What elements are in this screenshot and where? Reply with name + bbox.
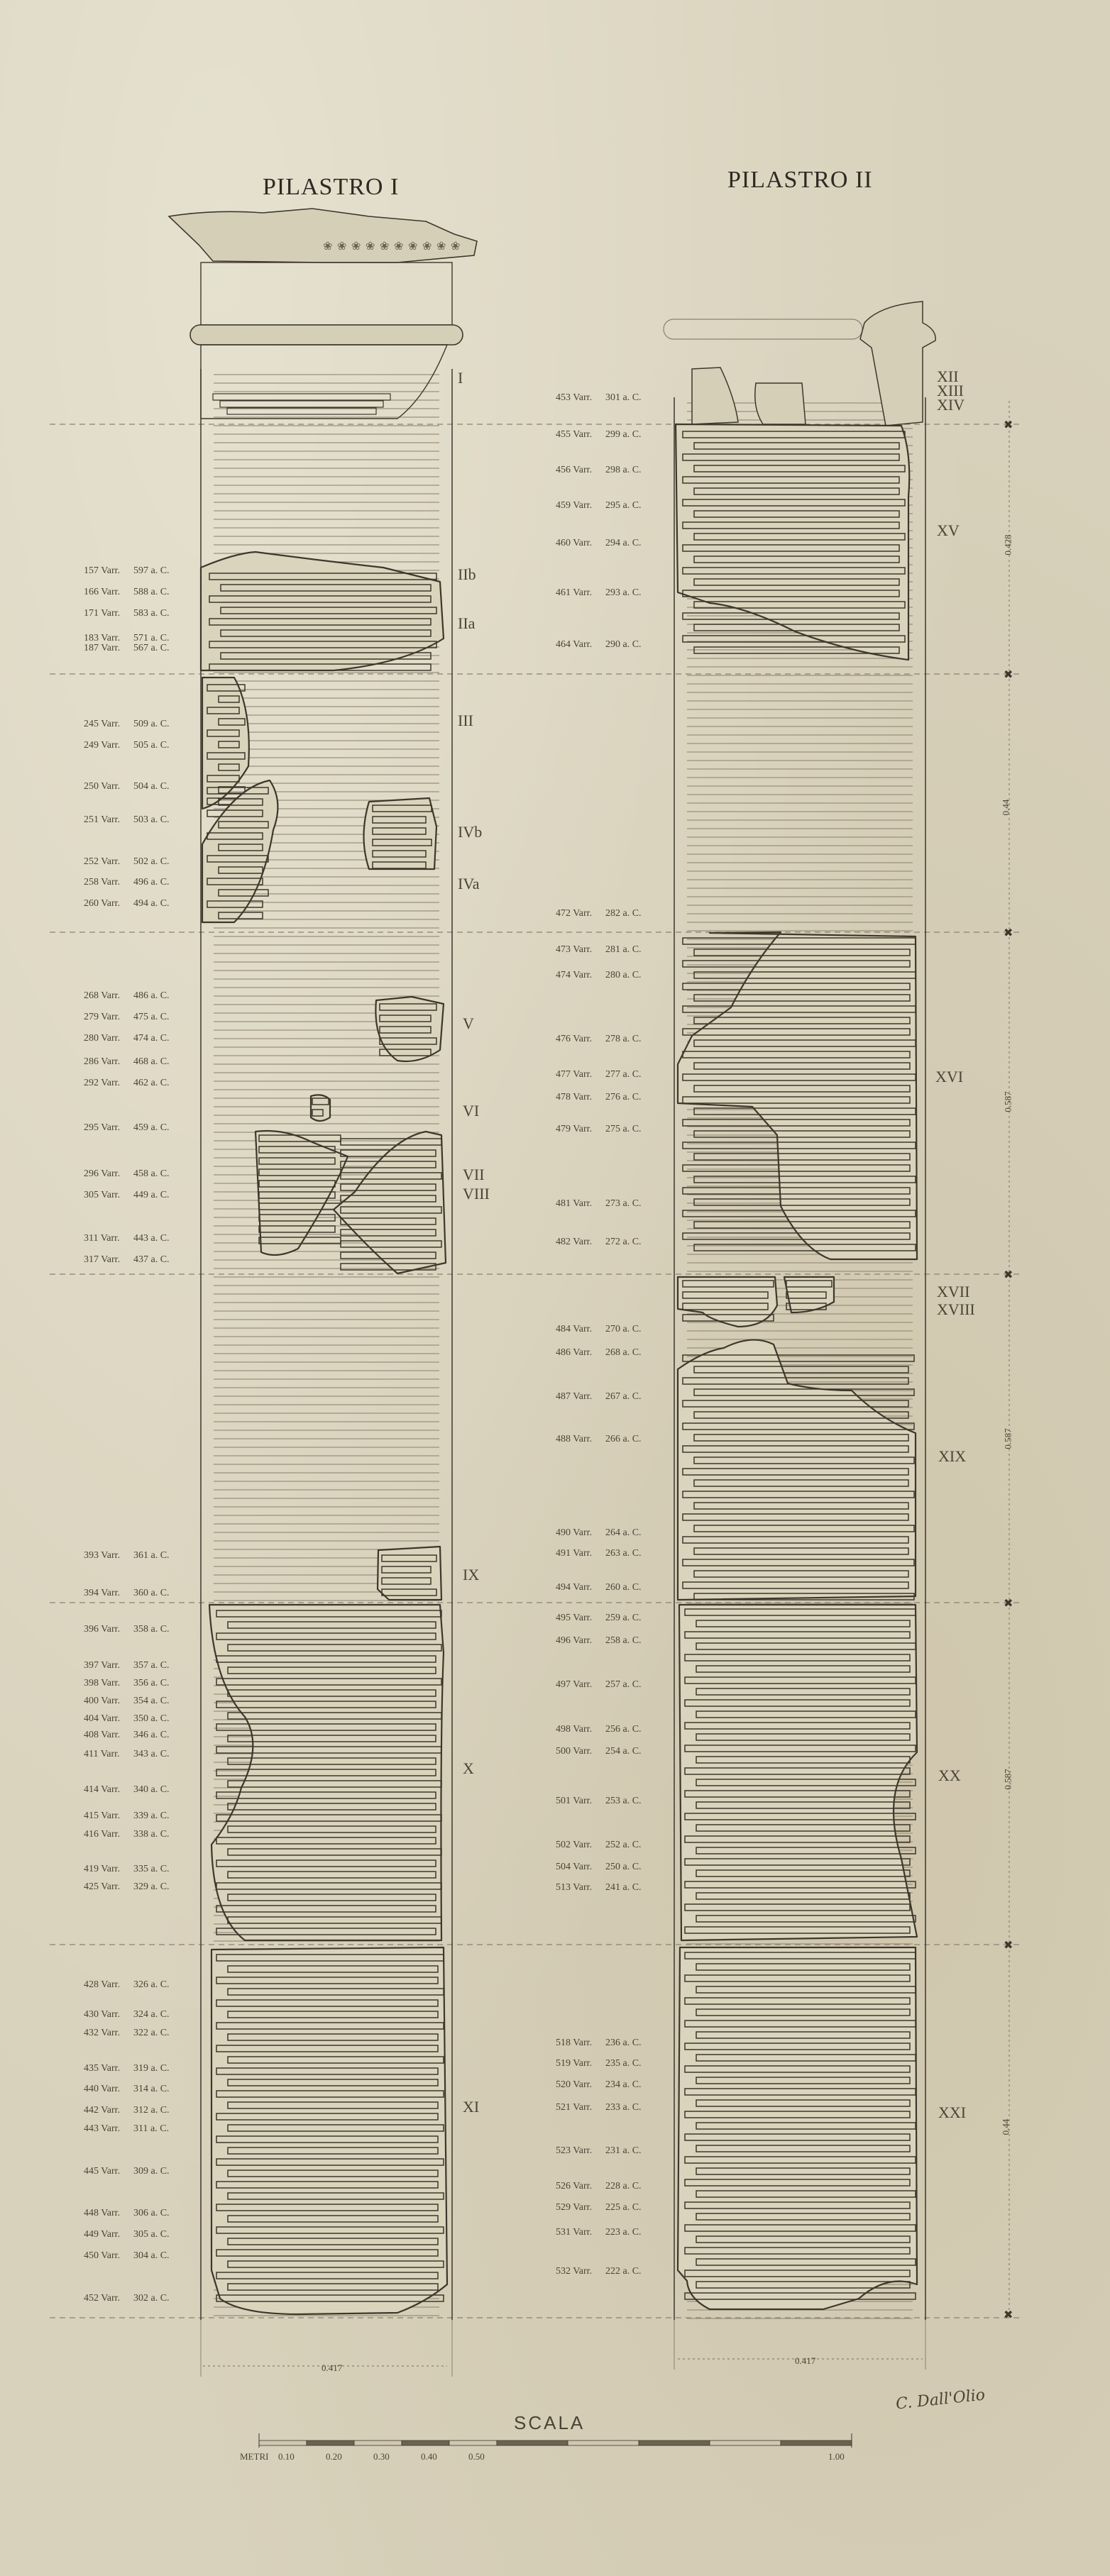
varronian-year: 502 Varr. (556, 1840, 605, 1851)
date-label: 461 Varr.293 a. C. (556, 587, 642, 599)
date-label: 428 Varr.326 a. C. (84, 1979, 170, 1991)
height-dimension: 0.44 (1000, 2119, 1011, 2135)
bc-year: 335 a. C. (133, 1864, 170, 1874)
bc-year: 505 a. C. (133, 740, 170, 751)
svg-text:✖: ✖ (1004, 1940, 1013, 1952)
date-label: 258 Varr.496 a. C. (84, 877, 170, 888)
height-dimension: 0.44 (1000, 800, 1011, 816)
bc-year: 281 a. C. (605, 944, 642, 955)
height-dimension: 0.587 (1003, 1769, 1014, 1789)
varronian-year: 268 Varr. (84, 990, 133, 1002)
date-label: 532 Varr.222 a. C. (556, 2266, 642, 2277)
date-label: 523 Varr.231 a. C. (556, 2145, 642, 2157)
bc-year: 324 a. C. (133, 2009, 170, 2020)
varronian-year: 435 Varr. (84, 2063, 133, 2074)
varronian-year: 445 Varr. (84, 2166, 133, 2177)
section-label-viii: VIII (463, 1185, 490, 1203)
bc-year: 329 a. C. (133, 1881, 170, 1892)
scale-tick-020: 0.20 (326, 2451, 342, 2462)
svg-text:❀: ❀ (394, 241, 403, 253)
bc-year: 475 a. C. (133, 1012, 170, 1022)
varronian-year: 500 Varr. (556, 1746, 605, 1757)
section-label-xvii: XVII (937, 1283, 969, 1301)
varronian-year: 187 Varr. (84, 643, 133, 654)
scale-tick-040: 0.40 (421, 2451, 437, 2462)
section-label-xix: XIX (938, 1447, 966, 1466)
varronian-year: 416 Varr. (84, 1829, 133, 1840)
bc-year: 449 a. C. (133, 1190, 170, 1200)
bc-year: 275 a. C. (605, 1124, 642, 1134)
varronian-year: 249 Varr. (84, 740, 133, 751)
date-label: 477 Varr.277 a. C. (556, 1069, 642, 1080)
varronian-year: 442 Varr. (84, 2105, 133, 2116)
date-label: 448 Varr.306 a. C. (84, 2208, 170, 2219)
varronian-year: 452 Varr. (84, 2293, 133, 2304)
varronian-year: 432 Varr. (84, 2028, 133, 2039)
date-label: 473 Varr.281 a. C. (556, 944, 642, 956)
bc-year: 311 a. C. (133, 2123, 169, 2134)
bc-year: 358 a. C. (133, 1624, 170, 1635)
varronian-year: 157 Varr. (84, 565, 133, 577)
varronian-year: 518 Varr. (556, 2038, 605, 2049)
bc-year: 502 a. C. (133, 856, 170, 867)
date-label: 460 Varr.294 a. C. (556, 538, 642, 549)
bc-year: 263 a. C. (605, 1548, 642, 1559)
bc-year: 312 a. C. (133, 2105, 170, 2116)
varronian-year: 513 Varr. (556, 1882, 605, 1894)
svg-text:✖: ✖ (1004, 419, 1013, 431)
bc-year: 474 a. C. (133, 1033, 170, 1044)
bc-year: 597 a. C. (133, 565, 170, 576)
date-label: 187 Varr.567 a. C. (84, 643, 170, 654)
date-label: 252 Varr.502 a. C. (84, 856, 170, 868)
bc-year: 343 a. C. (133, 1749, 170, 1759)
scale-unit: METRI (240, 2451, 268, 2462)
varronian-year: 488 Varr. (556, 1434, 605, 1445)
date-label: 518 Varr.236 a. C. (556, 2038, 642, 2049)
section-label-iii: III (458, 712, 473, 730)
section-label-xviii: XVIII (937, 1300, 975, 1319)
section-label-i: I (458, 369, 463, 387)
date-label: 425 Varr.329 a. C. (84, 1881, 170, 1893)
bc-year: 276 a. C. (605, 1092, 642, 1102)
section-label-vii: VII (463, 1166, 485, 1184)
date-label: 488 Varr.266 a. C. (556, 1434, 642, 1445)
bc-year: 293 a. C. (605, 587, 642, 598)
scale-tick-030: 0.30 (373, 2451, 390, 2462)
svg-text:✖: ✖ (1004, 1598, 1013, 1610)
bc-year: 567 a. C. (133, 643, 170, 653)
section-label-xxi: XXI (938, 2104, 966, 2122)
bc-year: 356 a. C. (133, 1678, 170, 1688)
varronian-year: 171 Varr. (84, 608, 133, 619)
bc-year: 496 a. C. (133, 877, 170, 888)
section-label-ix: IX (463, 1566, 479, 1584)
date-label: 279 Varr.475 a. C. (84, 1012, 170, 1023)
pilastro-1-width-dim: 0.417 (322, 2362, 342, 2374)
date-label: 482 Varr.272 a. C. (556, 1237, 642, 1248)
bc-year: 256 a. C. (605, 1724, 642, 1735)
bc-year: 314 a. C. (133, 2084, 170, 2094)
varronian-year: 531 Varr. (556, 2227, 605, 2238)
scale-tick-010: 0.10 (278, 2451, 295, 2462)
date-label: 445 Varr.309 a. C. (84, 2166, 170, 2177)
date-label: 171 Varr.583 a. C. (84, 608, 170, 619)
bc-year: 346 a. C. (133, 1730, 170, 1740)
date-label: 501 Varr.253 a. C. (556, 1796, 642, 1807)
varronian-year: 440 Varr. (84, 2084, 133, 2095)
date-label: 305 Varr.449 a. C. (84, 1190, 170, 1201)
bc-year: 302 a. C. (133, 2293, 170, 2304)
varronian-year: 459 Varr. (556, 500, 605, 512)
bc-year: 468 a. C. (133, 1056, 170, 1067)
bc-year: 254 a. C. (605, 1746, 642, 1757)
bc-year: 241 a. C. (605, 1882, 642, 1893)
svg-text:❀: ❀ (351, 241, 361, 253)
varronian-year: 519 Varr. (556, 2058, 605, 2069)
varronian-year: 523 Varr. (556, 2145, 605, 2157)
bc-year: 277 a. C. (605, 1069, 642, 1080)
date-label: 415 Varr.339 a. C. (84, 1811, 170, 1822)
bc-year: 339 a. C. (133, 1811, 170, 1821)
varronian-year: 286 Varr. (84, 1056, 133, 1068)
varronian-year: 396 Varr. (84, 1624, 133, 1635)
date-label: 478 Varr.276 a. C. (556, 1092, 642, 1103)
bc-year: 266 a. C. (605, 1434, 642, 1444)
date-label: 400 Varr.354 a. C. (84, 1696, 170, 1707)
date-label: 394 Varr.360 a. C. (84, 1588, 170, 1599)
section-label-v: V (463, 1015, 474, 1033)
svg-text:✖: ✖ (1004, 2309, 1013, 2321)
date-label: 280 Varr.474 a. C. (84, 1033, 170, 1044)
date-label: 268 Varr.486 a. C. (84, 990, 170, 1002)
svg-text:❀: ❀ (422, 241, 432, 253)
bc-year: 267 a. C. (605, 1391, 642, 1402)
date-label: 251 Varr.503 a. C. (84, 814, 170, 826)
date-label: 404 Varr.350 a. C. (84, 1713, 170, 1725)
section-label-iib: IIb (458, 565, 476, 584)
date-label: 440 Varr.314 a. C. (84, 2084, 170, 2095)
varronian-year: 428 Varr. (84, 1979, 133, 1991)
varronian-year: 481 Varr. (556, 1198, 605, 1210)
date-label: 250 Varr.504 a. C. (84, 781, 170, 792)
height-dimension: 0.587 (1003, 1428, 1014, 1449)
svg-text:❀: ❀ (323, 241, 332, 253)
bc-year: 504 a. C. (133, 781, 170, 792)
height-dimension: 0.428 (1003, 534, 1014, 555)
bc-year: 223 a. C. (605, 2227, 642, 2238)
pilastro-1-title: PILASTRO I (263, 174, 399, 201)
varronian-year: 397 Varr. (84, 1660, 133, 1671)
svg-text:✖: ✖ (1004, 669, 1013, 681)
pilastro-2-title: PILASTRO II (727, 167, 873, 194)
varronian-year: 311 Varr. (84, 1233, 133, 1244)
bc-year: 257 a. C. (605, 1679, 642, 1690)
date-label: 393 Varr.361 a. C. (84, 1550, 170, 1561)
bc-year: 588 a. C. (133, 587, 170, 597)
date-label: 481 Varr.273 a. C. (556, 1198, 642, 1210)
bc-year: 350 a. C. (133, 1713, 170, 1724)
bc-year: 233 a. C. (605, 2102, 642, 2113)
varronian-year: 529 Varr. (556, 2202, 605, 2213)
varronian-year: 478 Varr. (556, 1092, 605, 1103)
date-label: 500 Varr.254 a. C. (556, 1746, 642, 1757)
bc-year: 290 a. C. (605, 639, 642, 650)
bc-year: 295 a. C. (605, 500, 642, 511)
date-label: 520 Varr.234 a. C. (556, 2079, 642, 2091)
date-label: 419 Varr.335 a. C. (84, 1864, 170, 1875)
date-label: 435 Varr.319 a. C. (84, 2063, 170, 2074)
section-label-ivb: IVb (458, 823, 482, 841)
bc-year: 253 a. C. (605, 1796, 642, 1806)
date-label: 490 Varr.264 a. C. (556, 1527, 642, 1539)
varronian-year: 460 Varr. (556, 538, 605, 549)
varronian-year: 484 Varr. (556, 1324, 605, 1335)
date-label: 311 Varr.443 a. C. (84, 1233, 170, 1244)
bc-year: 486 a. C. (133, 990, 170, 1001)
bc-year: 225 a. C. (605, 2202, 642, 2213)
varronian-year: 455 Varr. (556, 429, 605, 441)
date-label: 486 Varr.268 a. C. (556, 1347, 642, 1359)
varronian-year: 473 Varr. (556, 944, 605, 956)
svg-text:✖: ✖ (1004, 927, 1013, 939)
bc-year: 260 a. C. (605, 1582, 642, 1593)
bc-year: 305 a. C. (133, 2229, 170, 2240)
bc-year: 294 a. C. (605, 538, 642, 548)
bc-year: 443 a. C. (133, 1233, 170, 1244)
date-label: 398 Varr.356 a. C. (84, 1678, 170, 1689)
varronian-year: 419 Varr. (84, 1864, 133, 1875)
varronian-year: 477 Varr. (556, 1069, 605, 1080)
varronian-year: 408 Varr. (84, 1730, 133, 1741)
date-label: 484 Varr.270 a. C. (556, 1324, 642, 1335)
bc-year: 259 a. C. (605, 1613, 642, 1623)
varronian-year: 279 Varr. (84, 1012, 133, 1023)
bc-year: 228 a. C. (605, 2181, 642, 2191)
date-label: 442 Varr.312 a. C. (84, 2105, 170, 2116)
varronian-year: 404 Varr. (84, 1713, 133, 1725)
varronian-year: 260 Varr. (84, 898, 133, 910)
date-label: 495 Varr.259 a. C. (556, 1613, 642, 1624)
date-label: 529 Varr.225 a. C. (556, 2202, 642, 2213)
section-label-xx: XX (938, 1767, 961, 1785)
varronian-year: 504 Varr. (556, 1862, 605, 1873)
date-label: 432 Varr.322 a. C. (84, 2028, 170, 2039)
bc-year: 458 a. C. (133, 1168, 170, 1179)
varronian-year: 498 Varr. (556, 1724, 605, 1735)
bc-year: 338 a. C. (133, 1829, 170, 1840)
date-label: 476 Varr.278 a. C. (556, 1034, 642, 1045)
section-label-x: X (463, 1759, 474, 1778)
varronian-year: 251 Varr. (84, 814, 133, 826)
varronian-year: 461 Varr. (556, 587, 605, 599)
date-label: 456 Varr.298 a. C. (556, 465, 642, 476)
bc-year: 278 a. C. (605, 1034, 642, 1044)
varronian-year: 430 Varr. (84, 2009, 133, 2021)
varronian-year: 400 Varr. (84, 1696, 133, 1707)
varronian-year: 495 Varr. (556, 1613, 605, 1624)
height-dimension: 0.587 (1003, 1091, 1014, 1112)
date-label: 453 Varr.301 a. C. (556, 392, 642, 404)
pilastro-2-width-dim: 0.417 (795, 2355, 815, 2367)
date-label: 479 Varr.275 a. C. (556, 1124, 642, 1135)
date-label: 396 Varr.358 a. C. (84, 1624, 170, 1635)
varronian-year: 486 Varr. (556, 1347, 605, 1359)
date-label: 491 Varr.263 a. C. (556, 1548, 642, 1559)
varronian-year: 482 Varr. (556, 1237, 605, 1248)
date-label: 452 Varr.302 a. C. (84, 2293, 170, 2304)
date-label: 496 Varr.258 a. C. (556, 1635, 642, 1647)
varronian-year: 472 Varr. (556, 908, 605, 919)
bc-year: 304 a. C. (133, 2250, 170, 2261)
varronian-year: 497 Varr. (556, 1679, 605, 1691)
varronian-year: 296 Varr. (84, 1168, 133, 1180)
bc-year: 235 a. C. (605, 2058, 642, 2069)
date-label: 474 Varr.280 a. C. (556, 970, 642, 981)
date-label: 497 Varr.257 a. C. (556, 1679, 642, 1691)
bc-year: 280 a. C. (605, 970, 642, 980)
svg-text:✖: ✖ (1004, 1269, 1013, 1281)
varronian-year: 252 Varr. (84, 856, 133, 868)
date-label: 443 Varr.311 a. C. (84, 2123, 169, 2135)
varronian-year: 411 Varr. (84, 1749, 133, 1760)
varronian-year: 398 Varr. (84, 1678, 133, 1689)
varronian-year: 393 Varr. (84, 1550, 133, 1561)
date-label: 286 Varr.468 a. C. (84, 1056, 170, 1068)
bc-year: 273 a. C. (605, 1198, 642, 1209)
bc-year: 361 a. C. (133, 1550, 170, 1561)
bc-year: 234 a. C. (605, 2079, 642, 2090)
date-label: 411 Varr.343 a. C. (84, 1749, 170, 1760)
section-label-iia: IIa (458, 614, 475, 633)
scale-tick-100: 1.00 (828, 2451, 845, 2462)
section-label-vi: VI (463, 1102, 479, 1120)
varronian-year: 317 Varr. (84, 1254, 133, 1266)
date-label: 414 Varr.340 a. C. (84, 1784, 170, 1796)
varronian-year: 292 Varr. (84, 1078, 133, 1089)
varronian-year: 494 Varr. (556, 1582, 605, 1593)
section-label-xv: XV (937, 521, 960, 540)
svg-text:❀: ❀ (380, 241, 389, 253)
date-label: 296 Varr.458 a. C. (84, 1168, 170, 1180)
varronian-year: 526 Varr. (556, 2181, 605, 2192)
svg-text:❀: ❀ (436, 241, 446, 253)
bc-year: 309 a. C. (133, 2166, 170, 2177)
varronian-year: 532 Varr. (556, 2266, 605, 2277)
section-label-xiv: XIV (937, 396, 965, 414)
bc-year: 252 a. C. (605, 1840, 642, 1850)
date-label: 157 Varr.597 a. C. (84, 565, 170, 577)
date-label: 245 Varr.509 a. C. (84, 719, 170, 730)
svg-text:❀: ❀ (366, 241, 375, 253)
varronian-year: 464 Varr. (556, 639, 605, 651)
varronian-year: 280 Varr. (84, 1033, 133, 1044)
section-label-xvi: XVI (935, 1068, 963, 1086)
date-label: 494 Varr.260 a. C. (556, 1582, 642, 1593)
varronian-year: 479 Varr. (556, 1124, 605, 1135)
varronian-year: 449 Varr. (84, 2229, 133, 2240)
bc-year: 258 a. C. (605, 1635, 642, 1646)
bc-year: 509 a. C. (133, 719, 170, 729)
bc-year: 222 a. C. (605, 2266, 642, 2277)
bc-year: 270 a. C. (605, 1324, 642, 1334)
bc-year: 437 a. C. (133, 1254, 170, 1265)
date-label: 416 Varr.338 a. C. (84, 1829, 170, 1840)
varronian-year: 415 Varr. (84, 1811, 133, 1822)
bc-year: 272 a. C. (605, 1237, 642, 1247)
varronian-year: 425 Varr. (84, 1881, 133, 1893)
bc-year: 583 a. C. (133, 608, 170, 619)
date-label: 504 Varr.250 a. C. (556, 1862, 642, 1873)
scale-tick-050: 0.50 (468, 2451, 485, 2462)
varronian-year: 487 Varr. (556, 1391, 605, 1403)
date-label: 531 Varr.223 a. C. (556, 2227, 642, 2238)
bc-year: 250 a. C. (605, 1862, 642, 1872)
varronian-year: 250 Varr. (84, 781, 133, 792)
bc-year: 236 a. C. (605, 2038, 642, 2048)
varronian-year: 453 Varr. (556, 392, 605, 404)
bc-year: 306 a. C. (133, 2208, 170, 2218)
varronian-year: 414 Varr. (84, 1784, 133, 1796)
bc-year: 503 a. C. (133, 814, 170, 825)
date-label: 521 Varr.233 a. C. (556, 2102, 642, 2113)
svg-text:❀: ❀ (451, 241, 460, 253)
date-label: 397 Varr.357 a. C. (84, 1660, 170, 1671)
date-label: 450 Varr.304 a. C. (84, 2250, 170, 2262)
bc-year: 268 a. C. (605, 1347, 642, 1358)
bc-year: 282 a. C. (605, 908, 642, 919)
date-label: 430 Varr.324 a. C. (84, 2009, 170, 2021)
date-label: 317 Varr.437 a. C. (84, 1254, 170, 1266)
scale-title: SCALA (514, 2412, 585, 2434)
date-label: 295 Varr.459 a. C. (84, 1122, 170, 1134)
varronian-year: 245 Varr. (84, 719, 133, 730)
varronian-year: 456 Varr. (556, 465, 605, 476)
bc-year: 340 a. C. (133, 1784, 170, 1795)
varronian-year: 490 Varr. (556, 1527, 605, 1539)
date-label: 519 Varr.235 a. C. (556, 2058, 642, 2069)
bc-year: 299 a. C. (605, 429, 642, 440)
varronian-year: 443 Varr. (84, 2123, 133, 2135)
date-label: 455 Varr.299 a. C. (556, 429, 642, 441)
bc-year: 326 a. C. (133, 1979, 170, 1990)
section-label-iva: IVa (458, 875, 480, 893)
varronian-year: 166 Varr. (84, 587, 133, 598)
bc-year: 322 a. C. (133, 2028, 170, 2038)
date-label: 526 Varr.228 a. C. (556, 2181, 642, 2192)
varronian-year: 476 Varr. (556, 1034, 605, 1045)
varronian-year: 448 Varr. (84, 2208, 133, 2219)
date-label: 449 Varr.305 a. C. (84, 2229, 170, 2240)
bc-year: 360 a. C. (133, 1588, 170, 1598)
varronian-year: 501 Varr. (556, 1796, 605, 1807)
varronian-year: 496 Varr. (556, 1635, 605, 1647)
date-label: 260 Varr.494 a. C. (84, 898, 170, 910)
varronian-year: 491 Varr. (556, 1548, 605, 1559)
date-label: 464 Varr.290 a. C. (556, 639, 642, 651)
bc-year: 571 a. C. (133, 633, 170, 643)
date-label: 502 Varr.252 a. C. (556, 1840, 642, 1851)
svg-text:❀: ❀ (337, 241, 346, 253)
bc-year: 301 a. C. (605, 392, 642, 403)
date-label: 459 Varr.295 a. C. (556, 500, 642, 512)
svg-text:❀: ❀ (408, 241, 417, 253)
varronian-year: 305 Varr. (84, 1190, 133, 1201)
varronian-year: 520 Varr. (556, 2079, 605, 2091)
bc-year: 462 a. C. (133, 1078, 170, 1088)
date-label: 472 Varr.282 a. C. (556, 908, 642, 919)
varronian-year: 295 Varr. (84, 1122, 133, 1134)
